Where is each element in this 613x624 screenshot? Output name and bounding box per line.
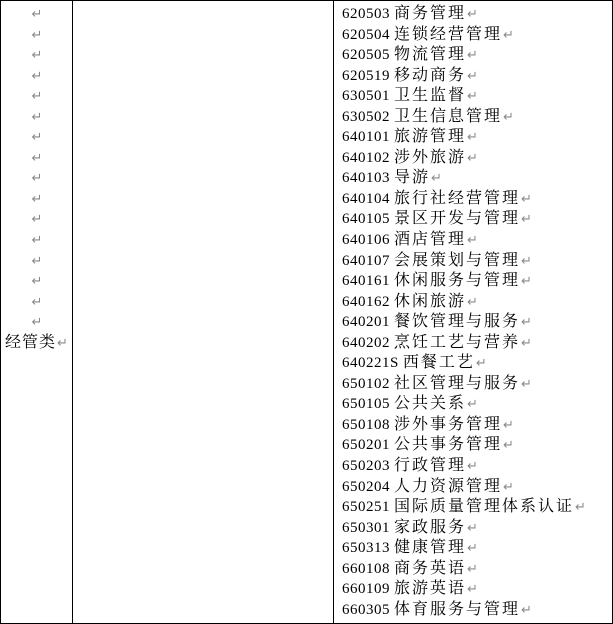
major-name: 卫生信息管理	[394, 108, 502, 125]
return-mark-icon: ↵	[466, 48, 478, 63]
major-row: 650102社区管理与服务↵	[342, 374, 612, 395]
major-row: 640221S西餐工艺↵	[342, 353, 612, 374]
category-label-line: 经管类↵	[1, 333, 72, 354]
major-name: 国际质量管理体系认证	[394, 498, 574, 515]
return-mark-icon: ↵	[466, 69, 478, 84]
empty-paragraph-line: ↵	[1, 4, 72, 25]
major-name: 西餐工艺	[403, 354, 475, 371]
return-mark-icon: ↵	[520, 274, 532, 289]
return-mark-icon: ↵	[574, 500, 586, 515]
return-mark-icon: ↵	[31, 130, 43, 145]
major-code: 650301	[342, 520, 390, 536]
major-code: 640102	[342, 150, 390, 166]
major-code: 640161	[342, 273, 390, 289]
major-row: 620503商务管理↵	[342, 4, 612, 25]
major-row: 650251国际质量管理体系认证↵	[342, 497, 612, 518]
major-row: 650203行政管理↵	[342, 456, 612, 477]
major-code: 640105	[342, 211, 390, 227]
major-row: 650204人力资源管理↵	[342, 477, 612, 498]
major-row: 620505物流管理↵	[342, 45, 612, 66]
return-mark-icon: ↵	[430, 171, 442, 186]
return-mark-icon: ↵	[31, 151, 43, 166]
return-mark-icon: ↵	[31, 295, 43, 310]
major-name: 旅游管理	[394, 128, 466, 145]
major-row: 640103导游↵	[342, 168, 612, 189]
major-name: 休闲旅游	[394, 293, 466, 310]
return-mark-icon: ↵	[31, 69, 43, 84]
empty-paragraph-line: ↵	[1, 209, 72, 230]
return-mark-icon: ↵	[31, 171, 43, 186]
empty-paragraph-line: ↵	[1, 148, 72, 169]
major-row: 640104旅行社经营管理↵	[342, 189, 612, 210]
return-mark-icon: ↵	[31, 233, 43, 248]
majors-cell: 620503商务管理↵620504连锁经营管理↵620505物流管理↵62051…	[334, 1, 612, 623]
empty-paragraph-line: ↵	[1, 251, 72, 272]
major-row: 640106酒店管理↵	[342, 230, 612, 251]
return-mark-icon: ↵	[31, 89, 43, 104]
major-code: 640107	[342, 253, 390, 269]
return-mark-icon: ↵	[466, 130, 478, 145]
empty-paragraph-line: ↵	[1, 86, 72, 107]
major-code: 650201	[342, 437, 390, 453]
major-code: 640201	[342, 314, 390, 330]
return-mark-icon: ↵	[466, 295, 478, 310]
major-name: 社区管理与服务	[394, 375, 520, 392]
return-mark-icon: ↵	[31, 212, 43, 227]
empty-paragraph-line: ↵	[1, 107, 72, 128]
return-mark-icon: ↵	[520, 336, 532, 351]
empty-paragraph-line: ↵	[1, 66, 72, 87]
major-row: 650108涉外事务管理↵	[342, 415, 612, 436]
major-name: 酒店管理	[394, 231, 466, 248]
empty-paragraph-line: ↵	[1, 127, 72, 148]
category-label: 经管类	[5, 334, 56, 351]
major-code: 620519	[342, 68, 390, 84]
major-code: 630502	[342, 109, 390, 125]
major-row: 640201餐饮管理与服务↵	[342, 312, 612, 333]
major-name: 景区开发与管理	[394, 210, 520, 227]
return-mark-icon: ↵	[475, 356, 487, 371]
return-mark-icon: ↵	[31, 274, 43, 289]
major-code: 640104	[342, 191, 390, 207]
major-name: 家政服务	[394, 519, 466, 536]
major-name: 休闲服务与管理	[394, 272, 520, 289]
empty-paragraph-line: ↵	[1, 312, 72, 333]
major-code: 650105	[342, 396, 390, 412]
return-mark-icon: ↵	[466, 89, 478, 104]
major-row: 640162休闲旅游↵	[342, 292, 612, 313]
major-name: 公共关系	[394, 395, 466, 412]
major-row: 620519移动商务↵	[342, 66, 612, 87]
empty-paragraph-line: ↵	[1, 292, 72, 313]
major-name: 涉外旅游	[394, 149, 466, 166]
document-page: ↵↵↵↵↵↵↵↵↵↵↵↵↵↵↵↵经管类↵ 620503商务管理↵620504连锁…	[0, 0, 613, 624]
return-mark-icon: ↵	[520, 603, 532, 618]
major-code: 630501	[342, 88, 390, 104]
category-cell: ↵↵↵↵↵↵↵↵↵↵↵↵↵↵↵↵经管类↵	[1, 1, 73, 623]
major-code: 620504	[342, 27, 390, 43]
return-mark-icon: ↵	[466, 582, 478, 597]
major-code: 650108	[342, 417, 390, 433]
major-code: 620503	[342, 6, 390, 22]
major-row: 660109旅游英语↵	[342, 579, 612, 600]
major-code: 640106	[342, 232, 390, 248]
empty-paragraph-line: ↵	[1, 45, 72, 66]
major-code: 650102	[342, 376, 390, 392]
major-name: 健康管理	[394, 539, 466, 556]
major-row: 640105景区开发与管理↵	[342, 209, 612, 230]
major-code: 620505	[342, 47, 390, 63]
major-row: 660305体育服务与管理↵	[342, 600, 612, 621]
return-mark-icon: ↵	[31, 254, 43, 269]
return-mark-icon: ↵	[466, 562, 478, 577]
major-name: 体育服务与管理	[394, 601, 520, 618]
return-mark-icon: ↵	[520, 315, 532, 330]
major-name: 行政管理	[394, 457, 466, 474]
major-name: 导游	[394, 169, 430, 186]
return-mark-icon: ↵	[520, 192, 532, 207]
major-name: 人力资源管理	[394, 478, 502, 495]
major-code: 660305	[342, 602, 390, 618]
return-mark-icon: ↵	[466, 151, 478, 166]
major-row: 640101旅游管理↵	[342, 127, 612, 148]
return-mark-icon: ↵	[502, 110, 514, 125]
return-mark-icon: ↵	[502, 438, 514, 453]
major-code: 640101	[342, 129, 390, 145]
major-name: 涉外事务管理	[394, 416, 502, 433]
return-mark-icon: ↵	[502, 480, 514, 495]
major-row: 650313健康管理↵	[342, 538, 612, 559]
empty-paragraph-line: ↵	[1, 230, 72, 251]
return-mark-icon: ↵	[56, 336, 68, 351]
return-mark-icon: ↵	[502, 418, 514, 433]
return-mark-icon: ↵	[31, 192, 43, 207]
major-row: 640107会展策划与管理↵	[342, 251, 612, 272]
return-mark-icon: ↵	[466, 397, 478, 412]
major-name: 连锁经营管理	[394, 26, 502, 43]
major-code: 660109	[342, 581, 390, 597]
major-name: 商务英语	[394, 560, 466, 577]
major-code: 650251	[342, 499, 390, 515]
major-row: 620504连锁经营管理↵	[342, 25, 612, 46]
major-row: 640202烹饪工艺与营养↵	[342, 333, 612, 354]
major-code: 640221S	[342, 355, 399, 371]
major-code: 640162	[342, 294, 390, 310]
major-code: 650204	[342, 479, 390, 495]
major-name: 物流管理	[394, 46, 466, 63]
major-row: 650105公共关系↵	[342, 394, 612, 415]
return-mark-icon: ↵	[466, 521, 478, 536]
return-mark-icon: ↵	[31, 28, 43, 43]
major-name: 旅行社经营管理	[394, 190, 520, 207]
return-mark-icon: ↵	[520, 254, 532, 269]
return-mark-icon: ↵	[502, 28, 514, 43]
return-mark-icon: ↵	[31, 110, 43, 125]
major-row: 630502卫生信息管理↵	[342, 107, 612, 128]
major-code: 650203	[342, 458, 390, 474]
major-code: 640103	[342, 170, 390, 186]
major-name: 移动商务	[394, 67, 466, 84]
major-code: 660108	[342, 561, 390, 577]
major-code: 640202	[342, 335, 390, 351]
major-name: 餐饮管理与服务	[394, 313, 520, 330]
return-mark-icon: ↵	[466, 7, 478, 22]
major-code: 650313	[342, 540, 390, 556]
major-row: 640161休闲服务与管理↵	[342, 271, 612, 292]
major-name: 公共事务管理	[394, 436, 502, 453]
major-name: 卫生监督	[394, 87, 466, 104]
return-mark-icon: ↵	[520, 212, 532, 227]
major-row: 650201公共事务管理↵	[342, 435, 612, 456]
empty-paragraph-line: ↵	[1, 25, 72, 46]
return-mark-icon: ↵	[466, 459, 478, 474]
empty-paragraph-line: ↵	[1, 189, 72, 210]
return-mark-icon: ↵	[31, 315, 43, 330]
majors-table: ↵↵↵↵↵↵↵↵↵↵↵↵↵↵↵↵经管类↵ 620503商务管理↵620504连锁…	[0, 0, 613, 624]
major-row: 650301家政服务↵	[342, 518, 612, 539]
empty-paragraph-line: ↵	[1, 168, 72, 189]
major-row: 640102涉外旅游↵	[342, 148, 612, 169]
major-name: 烹饪工艺与营养	[394, 334, 520, 351]
major-row: 660108商务英语↵	[342, 559, 612, 580]
major-row: 630501卫生监督↵	[342, 86, 612, 107]
return-mark-icon: ↵	[31, 7, 43, 22]
return-mark-icon: ↵	[31, 48, 43, 63]
major-name: 旅游英语	[394, 580, 466, 597]
major-name: 会展策划与管理	[394, 252, 520, 269]
return-mark-icon: ↵	[466, 233, 478, 248]
empty-middle-cell	[73, 1, 334, 623]
major-name: 商务管理	[394, 5, 466, 22]
return-mark-icon: ↵	[466, 541, 478, 556]
empty-paragraph-line: ↵	[1, 271, 72, 292]
return-mark-icon: ↵	[520, 377, 532, 392]
